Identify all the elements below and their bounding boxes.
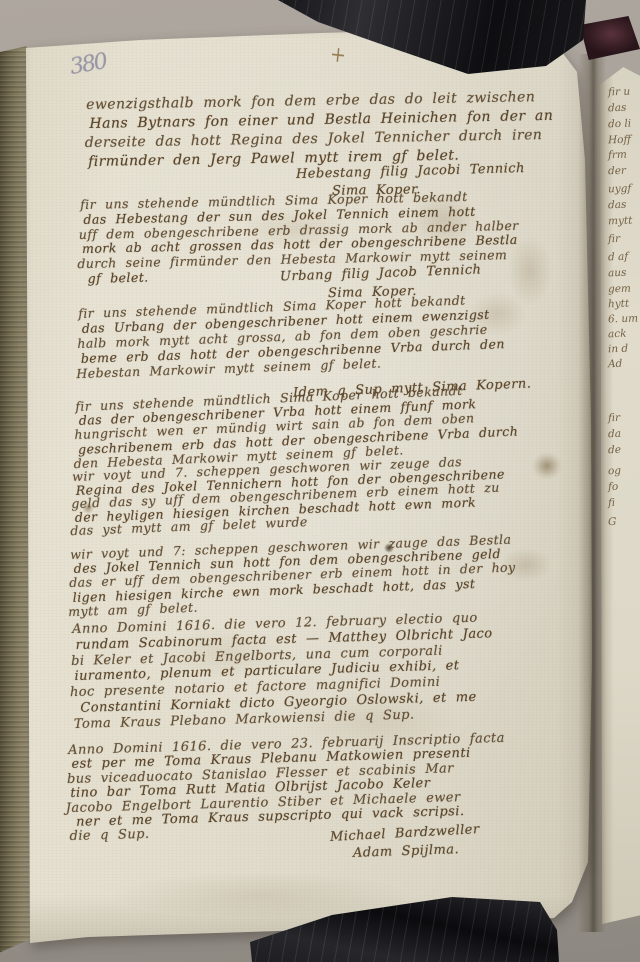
adjacent-text-fragment: G (608, 516, 617, 528)
folio-number-pencil: 380 (68, 49, 108, 80)
parchment-stain (532, 452, 562, 480)
adjacent-text-fragment: d af (608, 251, 629, 264)
adjacent-text-fragment: uygf (608, 183, 632, 196)
entry-6: wir voyt und 7: scheppen geschworen wir … (70, 532, 517, 618)
header-cross-mark: + (329, 42, 347, 69)
entry-7-latin: Anno Domini 1616. die vero 12. february … (72, 610, 495, 732)
entry-3: fir uns stehende mündtlich Sima Koper ho… (78, 291, 506, 381)
entry-1: ewenzigsthalb mork fon dem erbe das do l… (86, 88, 554, 172)
adjacent-text-fragment: fir (608, 233, 620, 245)
adjacent-text-fragment: de (608, 444, 621, 456)
entry-5: wir voyt und 7. scheppen geschworen wir … (72, 453, 507, 538)
page-gutter-shadow (578, 54, 606, 932)
adjacent-text-fragment: Ad (608, 358, 623, 370)
adjacent-text-fragment: do li (608, 118, 632, 131)
adjacent-text-fragment: gem (608, 283, 631, 296)
manuscript-photo: 380 + ewenzigsthalb mork fon dem erbe da… (0, 0, 640, 962)
adjacent-text-fragment: das (608, 199, 627, 212)
adjacent-text-fragment: 6. um (608, 312, 638, 325)
adjacent-text-fragment: mytt (608, 215, 633, 228)
adjacent-text-fragment: hytt (608, 298, 630, 311)
adjacent-text-fragment: da (608, 428, 621, 440)
adjacent-text-fragment: Hoff (608, 134, 631, 147)
adjacent-text-fragment: fo (608, 481, 619, 493)
manuscript-page: 380 + ewenzigsthalb mork fon dem erbe da… (0, 0, 640, 962)
adjacent-text-fragment: ack (608, 328, 627, 341)
adjacent-text-fragment: der (608, 165, 626, 178)
manuscript-page-wrap: 380 + ewenzigsthalb mork fon dem erbe da… (0, 0, 640, 962)
adjacent-text-fragment: in d (608, 343, 629, 356)
adjacent-text-fragment: fir (608, 412, 620, 424)
signature-line: Adam Spijlma. (353, 842, 460, 861)
adjacent-text-fragment: das (608, 102, 627, 115)
adjacent-text-fragment: frm (608, 149, 627, 162)
adjacent-text-fragment: fi (608, 497, 615, 509)
adjacent-text-fragment: aus (608, 267, 627, 280)
adjacent-text-fragment: fir u (608, 86, 631, 99)
adjacent-text-fragment: og (608, 465, 621, 477)
